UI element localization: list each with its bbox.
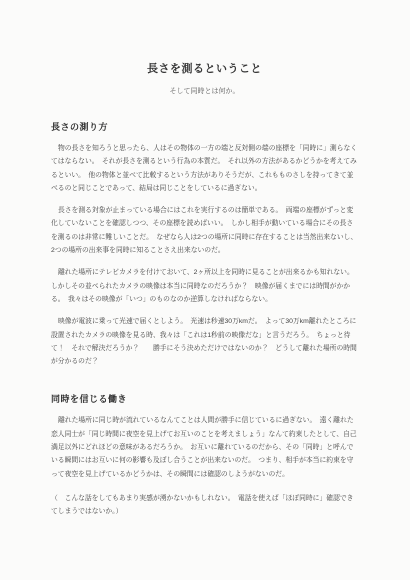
section-measuring-length: 長さの測り方 物の長さを知ろうと思ったら、人はその物体の一方の端と反対側の端の座…: [51, 122, 358, 368]
paragraph-moving-object: 長さを測る対象が止まっている場合にはこれを実行するのは簡単である。 両端の座標が…: [51, 204, 358, 257]
paragraph-light-speed: 映像が電波に乗って光速で届くとしよう。 光速は秒速30万kmだ。 よって30万k…: [51, 315, 358, 368]
paragraph-parenthetical-note: （ こんな話をしてもあまり実感が湧かないかもしれない。 電話を使えば「ほぼ同時に…: [51, 492, 358, 519]
document-page: 長さを測るということ そして同時とは何か。 長さの測り方 物の長さを知ろうと思っ…: [0, 0, 410, 580]
section-heading-believing-simultaneity: 同時を信じる働き: [51, 394, 358, 405]
section-heading-measuring-length: 長さの測り方: [51, 122, 358, 133]
page-subtitle: そして同時とは何か。: [51, 87, 358, 96]
paragraph-tv-camera: 離れた場所にテレビカメラを付けておいて、2ヶ所以上を同時に見ることが出来るかも知…: [51, 266, 358, 306]
paragraph-measuring-essence: 物の長さを知ろうと思ったら、人はその物体の一方の端と反対側の端の座標を「同時に」…: [51, 142, 358, 195]
paragraph-distant-lovers: 離れた場所に同じ時が流れているなんてことは人間が勝手に信じているに過ぎない。 遠…: [51, 414, 358, 480]
section-believing-simultaneity: 同時を信じる働き 離れた場所に同じ時が流れているなんてことは人間が勝手に信じてい…: [51, 394, 358, 518]
page-title: 長さを測るということ: [51, 62, 358, 76]
